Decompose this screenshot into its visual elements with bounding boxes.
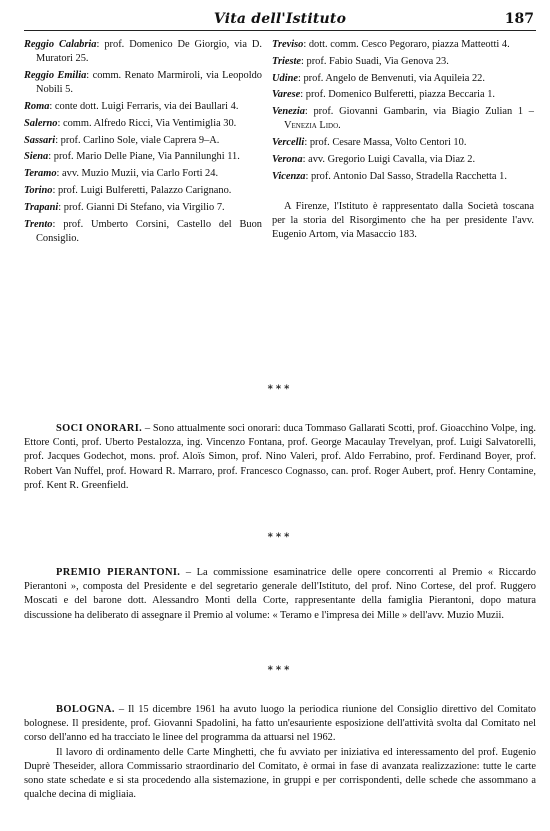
soci-onorari-section: SOCI ONORARI. – Sono attualmente soci on…	[24, 422, 536, 493]
committee-entry: Torino: prof. Luigi Bulferetti, Palazzo …	[24, 184, 262, 198]
committee-entry: Venezia: prof. Giovanni Gambarin, via Bi…	[272, 105, 534, 133]
section-lead: PREMIO PIERANTONI.	[56, 567, 180, 578]
bologna-paragraph-2: Il lavoro di ordinamento delle Carte Min…	[24, 746, 536, 803]
section-lead: BOLOGNA.	[56, 704, 115, 715]
committee-entry: Siena: prof. Mario Delle Piane, Via Pann…	[24, 150, 262, 164]
committee-entry: Teramo: avv. Muzio Muzii, via Carlo Fort…	[24, 167, 262, 181]
committee-entry: Reggio Calabria: prof. Domenico De Giorg…	[24, 38, 262, 66]
committee-entry: Salerno: comm. Alfredo Ricci, Via Ventim…	[24, 117, 262, 131]
committee-entry: Vercelli: prof. Cesare Massa, Volto Cent…	[272, 136, 534, 150]
premio-pierantoni-section: PREMIO PIERANTONI. – La commissione esam…	[24, 566, 536, 623]
bologna-section: BOLOGNA. – Il 15 dicembre 1961 ha avuto …	[24, 703, 536, 802]
committee-entry: Sassari: prof. Carlino Sole, viale Capre…	[24, 134, 262, 148]
committee-list: Reggio Calabria: prof. Domenico De Giorg…	[24, 38, 536, 368]
firenze-note: A Firenze, l'Istituto è rappresentato da…	[272, 200, 534, 243]
committee-entry: Trapani: prof. Gianni Di Stefano, via Vi…	[24, 201, 262, 215]
committee-entry: Trento: prof. Umberto Corsini, Castello …	[24, 218, 262, 246]
committee-entry: Treviso: dott. comm. Cesco Pegoraro, pia…	[272, 38, 534, 52]
committee-entry: Vicenza: prof. Antonio Dal Sasso, Strade…	[272, 170, 534, 184]
committee-entry: Udine: prof. Angelo de Benvenuti, via Aq…	[272, 72, 534, 86]
committee-entry: Roma: conte dott. Luigi Ferraris, via de…	[24, 100, 262, 114]
section-separator: ***	[24, 665, 536, 676]
running-header: Vita dell'Istituto 187	[24, 8, 536, 31]
section-lead: SOCI ONORARI.	[56, 423, 142, 434]
committee-entry: Trieste: prof. Fabio Suadi, Via Genova 2…	[272, 55, 534, 69]
page-number: 187	[505, 11, 534, 27]
committee-column-left: Reggio Calabria: prof. Domenico De Giorg…	[24, 38, 262, 249]
committee-entry: Reggio Emilia: comm. Renato Marmiroli, v…	[24, 69, 262, 97]
committee-column-right: Treviso: dott. comm. Cesco Pegoraro, pia…	[272, 38, 534, 243]
running-title: Vita dell'Istituto	[24, 11, 536, 27]
committee-entry: Verona: avv. Gregorio Luigi Cavalla, via…	[272, 153, 534, 167]
section-separator: ***	[24, 532, 536, 543]
section-separator: ***	[24, 384, 536, 395]
committee-entry: Varese: prof. Domenico Bulferetti, piazz…	[272, 88, 534, 102]
